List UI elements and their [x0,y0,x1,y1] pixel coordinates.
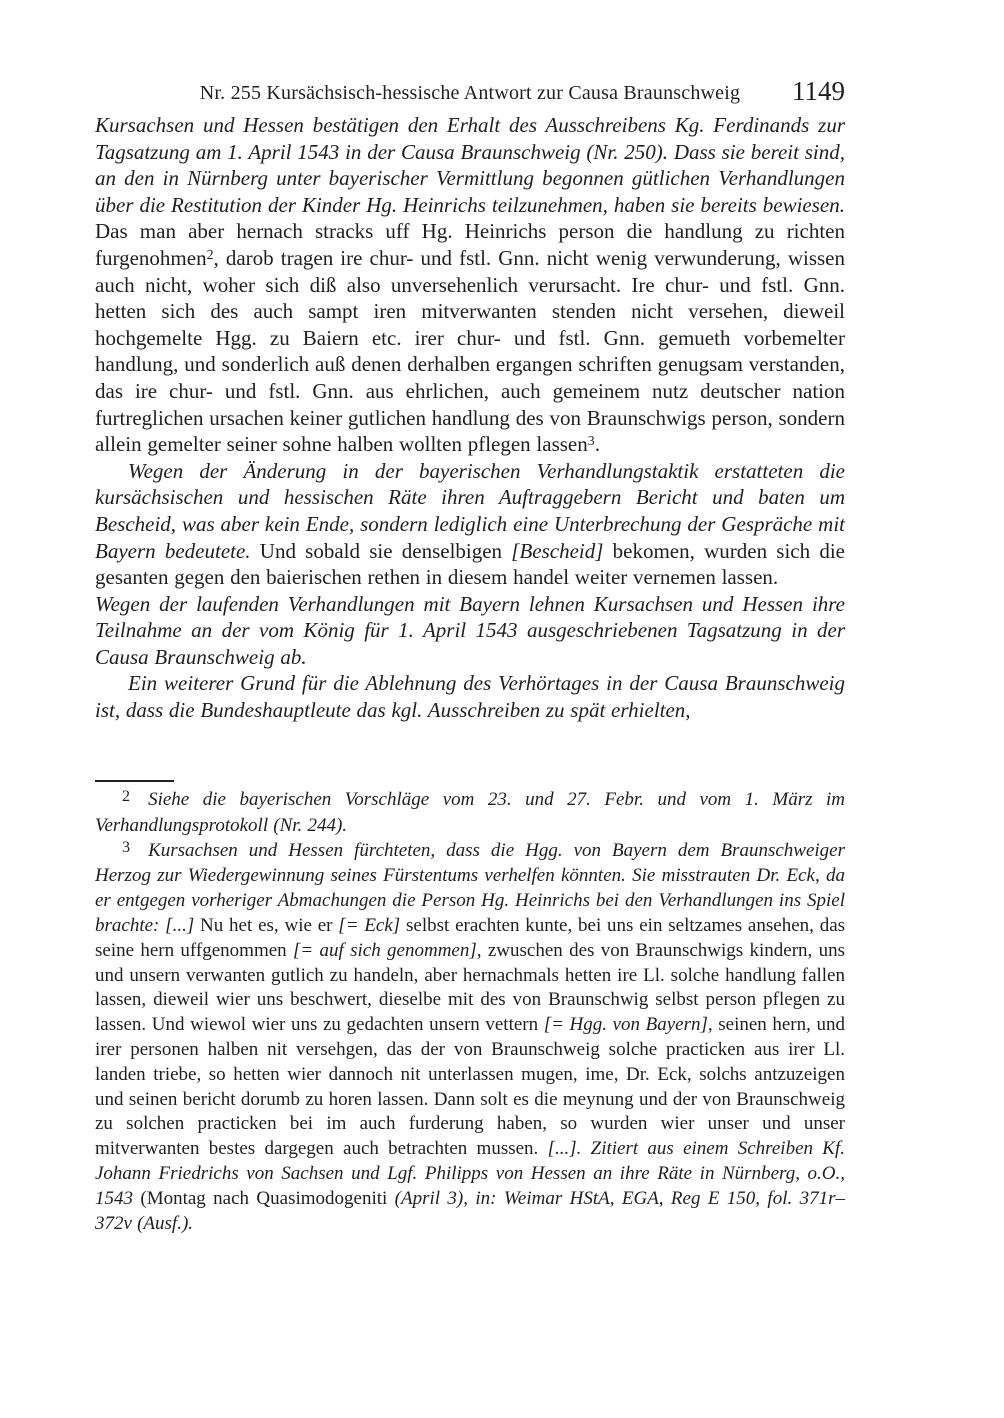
footnote: 2Siehe die bayerischen Vorschläge vom 23… [95,788,845,839]
book-page: Nr. 255 Kursächsisch-hessische Antwort z… [0,0,1004,1418]
text-segment-roman: Nu het es, wie er [194,915,338,936]
text-segment-roman: (Montag nach Quasimodogeniti [140,1188,394,1209]
text-segment-italic: Ein weiterer Grund für die Ablehnung des… [95,671,845,722]
page-number: 1149 [792,76,845,106]
text-segment-italic: [Bescheid] [511,539,603,563]
text-segment-italic: Wegen der laufenden Verhandlungen mit Ba… [95,592,845,669]
body-text: Kursachsen und Hessen bestätigen den Erh… [95,112,845,724]
text-segment-sup: 3 [588,433,595,448]
text-segment-sup: 2 [207,247,214,262]
footnote-number: 3 [122,839,130,856]
body-paragraph: Kursachsen und Hessen bestätigen den Erh… [95,112,845,458]
footnotes-section: 2Siehe die bayerischen Vorschläge vom 23… [95,788,845,1236]
text-segment-roman: Und sobald sie denselbigen [251,539,512,563]
footnote-separator-rule [95,780,174,782]
text-segment-italic: [= Hgg. von Bayern], [544,1014,713,1035]
page-header: Nr. 255 Kursächsisch-hessische Antwort z… [95,78,845,108]
text-segment-italic: Siehe die bayerischen Vorschläge vom 23.… [95,789,845,836]
running-header-title: Nr. 255 Kursächsisch-hessische Antwort z… [95,81,845,105]
body-paragraph: Wegen der Änderung in der bayerischen Ve… [95,458,845,591]
text-segment-italic: [= auf sich genommen], [293,940,482,961]
text-segment-roman: , darob tragen ire chur- und fstl. Gnn. … [95,246,845,456]
text-segment-roman: . [595,432,600,456]
body-paragraph: Ein weiterer Grund für die Ablehnung des… [95,670,845,723]
text-segment-italic: [= Eck] [338,915,400,936]
body-paragraph: Wegen der laufenden Verhandlungen mit Ba… [95,591,845,671]
footnote: 3Kursachsen und Hessen fürchteten, dass … [95,839,845,1237]
text-segment-italic: Kursachsen und Hessen bestätigen den Erh… [95,113,845,217]
footnote-number: 2 [122,788,130,805]
